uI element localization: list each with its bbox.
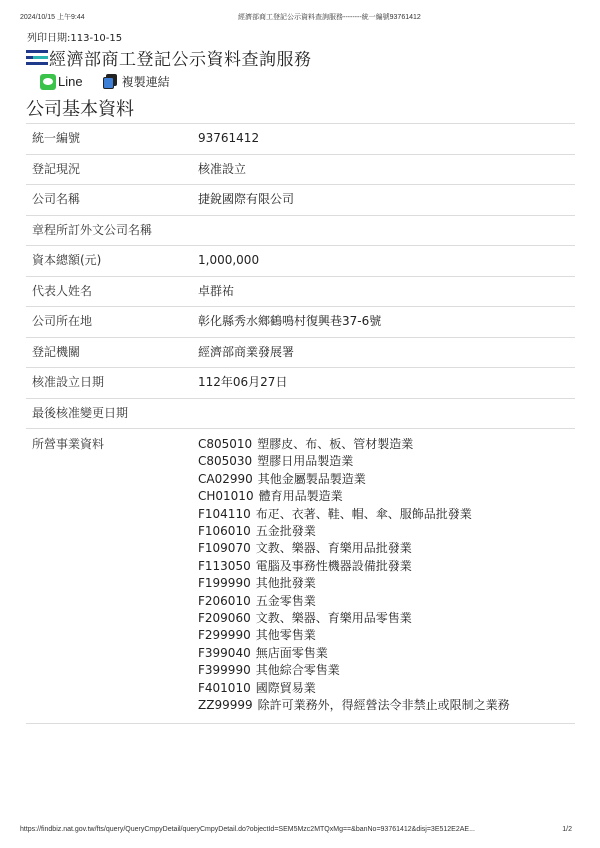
business-desc: 文教、樂器、育樂用品批發業 xyxy=(256,541,412,555)
copy-link-icon[interactable] xyxy=(103,74,117,89)
brand-header: 經濟部商工登記公示資料查詢服務 xyxy=(26,45,312,70)
list-item: F399040無店面零售業 xyxy=(198,645,575,662)
copy-link-button[interactable]: 複製連結 xyxy=(122,73,170,90)
page-number: 1/2 xyxy=(562,826,572,833)
list-item: CH01010體育用品製造業 xyxy=(198,488,575,505)
site-title: 經濟部商工登記公示資料查詢服務 xyxy=(49,45,312,70)
business-code: F299990 xyxy=(198,628,251,642)
business-code: F104110 xyxy=(198,507,251,521)
list-item: F209060文教、樂器、育樂用品零售業 xyxy=(198,610,575,627)
table-row: 公司名稱捷銳國際有限公司 xyxy=(26,185,575,216)
business-code: CA02990 xyxy=(198,472,253,486)
field-label: 登記現況 xyxy=(26,154,198,185)
business-code: F206010 xyxy=(198,594,251,608)
business-desc: 其他批發業 xyxy=(256,576,316,590)
list-item: C805030塑膠日用品製造業 xyxy=(198,453,575,470)
field-label: 統一編號 xyxy=(26,124,198,155)
list-item: ZZ99999除許可業務外，得經營法令非禁止或限制之業務 xyxy=(198,697,575,714)
print-date: 列印日期:113-10-15 xyxy=(27,29,122,44)
table-row: 登記現況核准設立 xyxy=(26,154,575,185)
table-row: 公司所在地彰化縣秀水鄉鶴鳴村復興巷37-6號 xyxy=(26,307,575,338)
print-header: 2024/10/15 上午9:44 經濟部商工登記公示資料查詢服務-------… xyxy=(20,12,580,22)
list-item: F401010國際貿易業 xyxy=(198,680,575,697)
business-desc: 塑膠皮、布、板、管材製造業 xyxy=(257,437,413,451)
business-code: ZZ99999 xyxy=(198,698,253,712)
business-code: C805010 xyxy=(198,437,252,451)
list-item: F104110布疋、衣著、鞋、帽、傘、服飾品批發業 xyxy=(198,506,575,523)
table-row: 資本總額(元)1,000,000 xyxy=(26,246,575,277)
field-value: 核准設立 xyxy=(198,154,575,185)
business-list: C805010塑膠皮、布、板、管材製造業C805030塑膠日用品製造業CA029… xyxy=(198,429,575,724)
business-desc: 除許可業務外，得經營法令非禁止或限制之業務 xyxy=(258,698,510,712)
field-value: 捷銳國際有限公司 xyxy=(198,185,575,216)
table-row: 章程所訂外文公司名稱 xyxy=(26,215,575,246)
business-code: F113050 xyxy=(198,559,251,573)
field-value: 93761412 xyxy=(198,124,575,155)
table-row: 核准設立日期112年06月27日 xyxy=(26,368,575,399)
list-item: CA02990其他金屬製品製造業 xyxy=(198,471,575,488)
print-doc-title: 經濟部商工登記公示資料查詢服務--------統一編號93761412 xyxy=(238,12,421,22)
moea-logo-icon xyxy=(26,47,48,69)
business-desc: 布疋、衣著、鞋、帽、傘、服飾品批發業 xyxy=(256,507,472,521)
business-code: F109070 xyxy=(198,541,251,555)
list-item: F109070文教、樂器、育樂用品批發業 xyxy=(198,540,575,557)
print-datetime: 2024/10/15 上午9:44 xyxy=(20,12,85,22)
business-code: F401010 xyxy=(198,681,251,695)
business-desc: 體育用品製造業 xyxy=(259,489,343,503)
business-code: C805030 xyxy=(198,454,252,468)
business-code: CH01010 xyxy=(198,489,254,503)
field-label: 代表人姓名 xyxy=(26,276,198,307)
business-code: F399040 xyxy=(198,646,251,660)
list-item: F113050電腦及事務性機器設備批發業 xyxy=(198,558,575,575)
table-row-business: 所營事業資料C805010塑膠皮、布、板、管材製造業C805030塑膠日用品製造… xyxy=(26,429,575,724)
business-code: F209060 xyxy=(198,611,251,625)
field-label: 最後核准變更日期 xyxy=(26,398,198,429)
field-value xyxy=(198,215,575,246)
field-value: 112年06月27日 xyxy=(198,368,575,399)
business-desc: 其他零售業 xyxy=(256,628,316,642)
business-desc: 國際貿易業 xyxy=(256,681,316,695)
field-label: 章程所訂外文公司名稱 xyxy=(26,215,198,246)
list-item: F299990其他零售業 xyxy=(198,627,575,644)
business-code: F399990 xyxy=(198,663,251,677)
table-row: 代表人姓名卓群祐 xyxy=(26,276,575,307)
field-label: 公司名稱 xyxy=(26,185,198,216)
business-code: F199990 xyxy=(198,576,251,590)
field-value: 經濟部商業發展署 xyxy=(198,337,575,368)
field-label: 公司所在地 xyxy=(26,307,198,338)
field-value: 卓群祐 xyxy=(198,276,575,307)
section-title: 公司基本資料 xyxy=(26,95,134,121)
list-item: C805010塑膠皮、布、板、管材製造業 xyxy=(198,436,575,453)
field-label: 登記機關 xyxy=(26,337,198,368)
field-label: 所營事業資料 xyxy=(26,429,198,724)
business-desc: 塑膠日用品製造業 xyxy=(257,454,353,468)
list-item: F399990其他綜合零售業 xyxy=(198,662,575,679)
print-url: https://findbiz.nat.gov.tw/fts/query/Que… xyxy=(20,826,475,833)
field-value: 1,000,000 xyxy=(198,246,575,277)
table-row: 登記機關經濟部商業發展署 xyxy=(26,337,575,368)
field-value xyxy=(198,398,575,429)
list-item: F199990其他批發業 xyxy=(198,575,575,592)
company-info-table: 統一編號93761412登記現況核准設立公司名稱捷銳國際有限公司章程所訂外文公司… xyxy=(26,123,575,724)
table-row: 最後核准變更日期 xyxy=(26,398,575,429)
list-item: F106010五金批發業 xyxy=(198,523,575,540)
business-desc: 其他金屬製品製造業 xyxy=(258,472,366,486)
share-line-link[interactable]: Line xyxy=(58,74,83,89)
business-desc: 無店面零售業 xyxy=(256,646,328,660)
list-item: F206010五金零售業 xyxy=(198,593,575,610)
business-desc: 電腦及事務性機器設備批發業 xyxy=(256,559,412,573)
line-icon[interactable] xyxy=(40,74,56,90)
business-desc: 五金零售業 xyxy=(256,594,316,608)
business-desc: 文教、樂器、育樂用品零售業 xyxy=(256,611,412,625)
business-desc: 五金批發業 xyxy=(256,524,316,538)
field-label: 核准設立日期 xyxy=(26,368,198,399)
business-desc: 其他綜合零售業 xyxy=(256,663,340,677)
table-row: 統一編號93761412 xyxy=(26,124,575,155)
share-bar: Line 複製連結 xyxy=(40,73,170,90)
field-value: 彰化縣秀水鄉鶴鳴村復興巷37-6號 xyxy=(198,307,575,338)
print-footer: https://findbiz.nat.gov.tw/fts/query/Que… xyxy=(20,826,580,836)
field-label: 資本總額(元) xyxy=(26,246,198,277)
business-code: F106010 xyxy=(198,524,251,538)
